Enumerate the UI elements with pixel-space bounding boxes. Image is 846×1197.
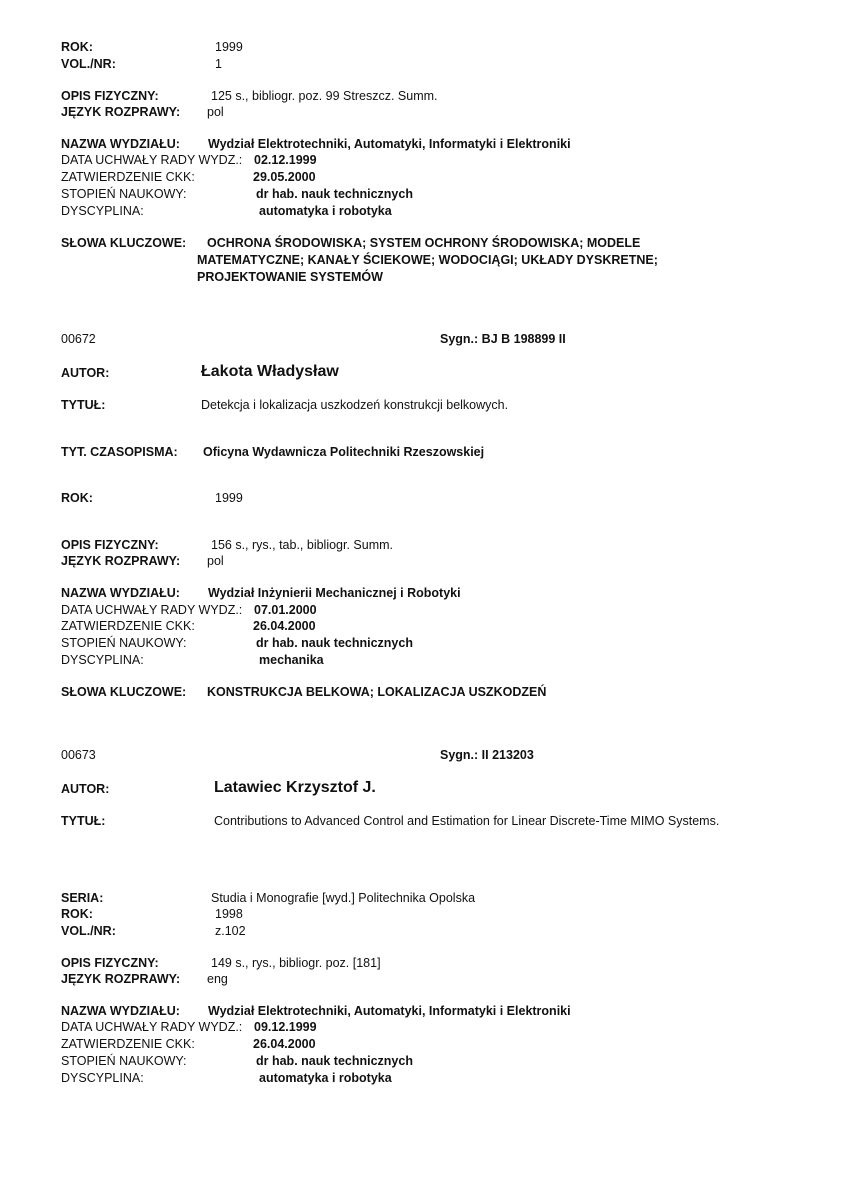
stopien-label: STOPIEŃ NAUKOWY: <box>61 637 187 650</box>
autor-value: Łakota Władysław <box>201 364 339 380</box>
jezyk-value: eng <box>207 973 228 986</box>
czasopisma-label: TYT. CZASOPISMA: <box>61 446 178 459</box>
opis-label: OPIS FIZYCZNY: <box>61 957 159 970</box>
slowa-label: SŁOWA KLUCZOWE: <box>61 686 186 699</box>
jezyk-value: pol <box>207 555 224 568</box>
vol-label: VOL./NR: <box>61 58 116 71</box>
slowa-line-3: PROJEKTOWANIE SYSTEMÓW <box>197 271 383 284</box>
jezyk-label: JĘZYK ROZPRAWY: <box>61 555 180 568</box>
entry-number: 00672 <box>61 333 96 346</box>
data-label: DATA UCHWAŁY RADY WYDZ.: <box>61 154 242 167</box>
ckk-label: ZATWIERDZENIE CKK: <box>61 1038 195 1051</box>
rok-value: 1999 <box>215 492 243 505</box>
jezyk-value: pol <box>207 106 224 119</box>
rok-label: ROK: <box>61 41 93 54</box>
tytul-value: Detekcja i lokalizacja uszkodzeń konstru… <box>201 399 508 412</box>
vol-value: z.102 <box>215 925 246 938</box>
jezyk-label: JĘZYK ROZPRAWY: <box>61 973 180 986</box>
dyscyplina-label: DYSCYPLINA: <box>61 654 144 667</box>
dyscyplina-value: automatyka i robotyka <box>259 1072 392 1085</box>
slowa-value: KONSTRUKCJA BELKOWA; LOKALIZACJA USZKODZ… <box>207 686 546 699</box>
stopien-label: STOPIEŃ NAUKOWY: <box>61 1055 187 1068</box>
czasopisma-value: Oficyna Wydawnicza Politechniki Rzeszows… <box>203 446 484 459</box>
stopien-value: dr hab. nauk technicznych <box>256 1055 413 1068</box>
data-label: DATA UCHWAŁY RADY WYDZ.: <box>61 604 242 617</box>
dyscyplina-label: DYSCYPLINA: <box>61 1072 144 1085</box>
slowa-line-1: OCHRONA ŚRODOWISKA; SYSTEM OCHRONY ŚRODO… <box>207 237 640 250</box>
rok-label: ROK: <box>61 492 93 505</box>
opis-label: OPIS FIZYCZNY: <box>61 90 159 103</box>
opis-label: OPIS FIZYCZNY: <box>61 539 159 552</box>
sygn: Sygn.: II 213203 <box>440 749 534 762</box>
wydzial-label: NAZWA WYDZIAŁU: <box>61 587 180 600</box>
tytul-label: TYTUŁ: <box>61 399 105 412</box>
wydzial-value: Wydział Inżynierii Mechanicznej i Roboty… <box>208 587 461 600</box>
wydzial-value: Wydział Elektrotechniki, Automatyki, Inf… <box>208 1005 571 1018</box>
rok-value: 1998 <box>215 908 243 921</box>
wydzial-value: Wydział Elektrotechniki, Automatyki, Inf… <box>208 138 571 151</box>
data-label: DATA UCHWAŁY RADY WYDZ.: <box>61 1021 242 1034</box>
dyscyplina-value: mechanika <box>259 654 324 667</box>
slowa-label: SŁOWA KLUCZOWE: <box>61 237 186 250</box>
ckk-label: ZATWIERDZENIE CKK: <box>61 171 195 184</box>
ckk-value: 29.05.2000 <box>253 171 316 184</box>
tytul-label: TYTUŁ: <box>61 815 105 828</box>
wydzial-label: NAZWA WYDZIAŁU: <box>61 1005 180 1018</box>
autor-value: Latawiec Krzysztof J. <box>214 780 376 796</box>
data-value: 07.01.2000 <box>254 604 317 617</box>
dyscyplina-value: automatyka i robotyka <box>259 205 392 218</box>
rok-value: 1999 <box>215 41 243 54</box>
data-value: 02.12.1999 <box>254 154 317 167</box>
jezyk-label: JĘZYK ROZPRAWY: <box>61 106 180 119</box>
vol-label: VOL./NR: <box>61 925 116 938</box>
entry-number: 00673 <box>61 749 96 762</box>
vol-value: 1 <box>215 58 222 71</box>
autor-label: AUTOR: <box>61 367 109 380</box>
ckk-value: 26.04.2000 <box>253 620 316 633</box>
wydzial-label: NAZWA WYDZIAŁU: <box>61 138 180 151</box>
opis-value: 149 s., rys., bibliogr. poz. [181] <box>211 957 381 970</box>
stopien-value: dr hab. nauk technicznych <box>256 188 413 201</box>
stopien-value: dr hab. nauk technicznych <box>256 637 413 650</box>
rok-label: ROK: <box>61 908 93 921</box>
tytul-value: Contributions to Advanced Control and Es… <box>214 815 719 828</box>
dyscyplina-label: DYSCYPLINA: <box>61 205 144 218</box>
autor-label: AUTOR: <box>61 783 109 796</box>
sygn: Sygn.: BJ B 198899 II <box>440 333 566 346</box>
seria-value: Studia i Monografie [wyd.] Politechnika … <box>211 892 475 905</box>
opis-value: 156 s., rys., tab., bibliogr. Summ. <box>211 539 393 552</box>
seria-label: SERIA: <box>61 892 103 905</box>
stopien-label: STOPIEŃ NAUKOWY: <box>61 188 187 201</box>
data-value: 09.12.1999 <box>254 1021 317 1034</box>
ckk-label: ZATWIERDZENIE CKK: <box>61 620 195 633</box>
ckk-value: 26.04.2000 <box>253 1038 316 1051</box>
slowa-line-2: MATEMATYCZNE; KANAŁY ŚCIEKOWE; WODOCIĄGI… <box>197 254 658 267</box>
opis-value: 125 s., bibliogr. poz. 99 Streszcz. Summ… <box>211 90 438 103</box>
